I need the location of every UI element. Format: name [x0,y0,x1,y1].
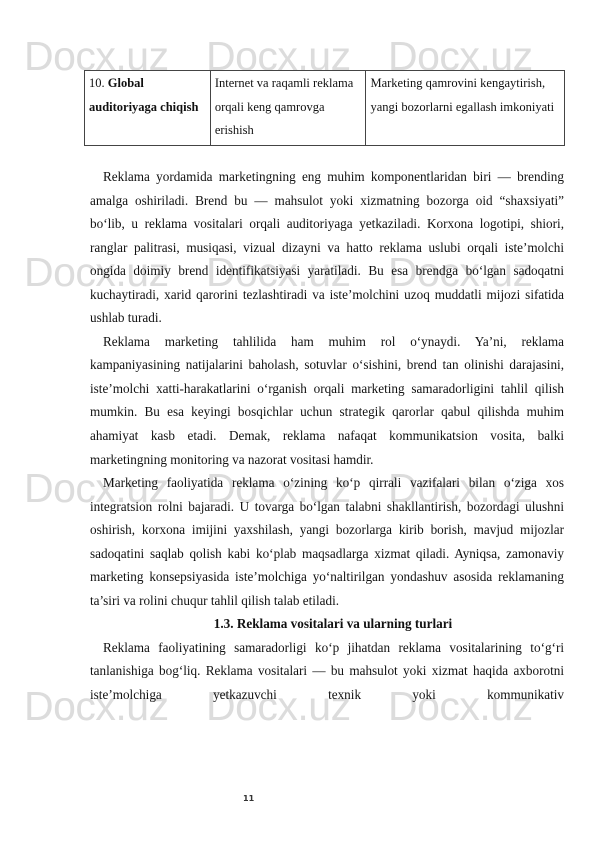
row-title: Global auditoriyaga chiqish [89,76,198,114]
paragraph: Reklama marketing tahlilida ham muhim ro… [90,330,564,471]
page-number: 11 [243,794,254,803]
paragraph: Reklama faoliyatining samaradorligi ko‘p… [90,636,564,707]
table-cell-outcome: Marketing qamrovini kengaytirish, yangi … [366,71,565,146]
paragraph: Reklama yordamida marketingning eng muhi… [90,165,564,330]
table-cell-title: 10. Global auditoriyaga chiqish [85,71,211,146]
document-page: 10. Global auditoriyaga chiqish Internet… [0,0,595,842]
section-heading: 1.3. Reklama vositalari va ularning turl… [90,612,564,636]
body-text: Reklama yordamida marketingning eng muhi… [90,165,564,707]
table-row: 10. Global auditoriyaga chiqish Internet… [85,71,565,146]
table-cell-description: Internet va raqamli reklama orqali keng … [210,71,366,146]
paragraph: Marketing faoliyatida reklama o‘zining k… [90,471,564,612]
info-table: 10. Global auditoriyaga chiqish Internet… [84,70,565,146]
row-number: 10. [89,76,105,90]
